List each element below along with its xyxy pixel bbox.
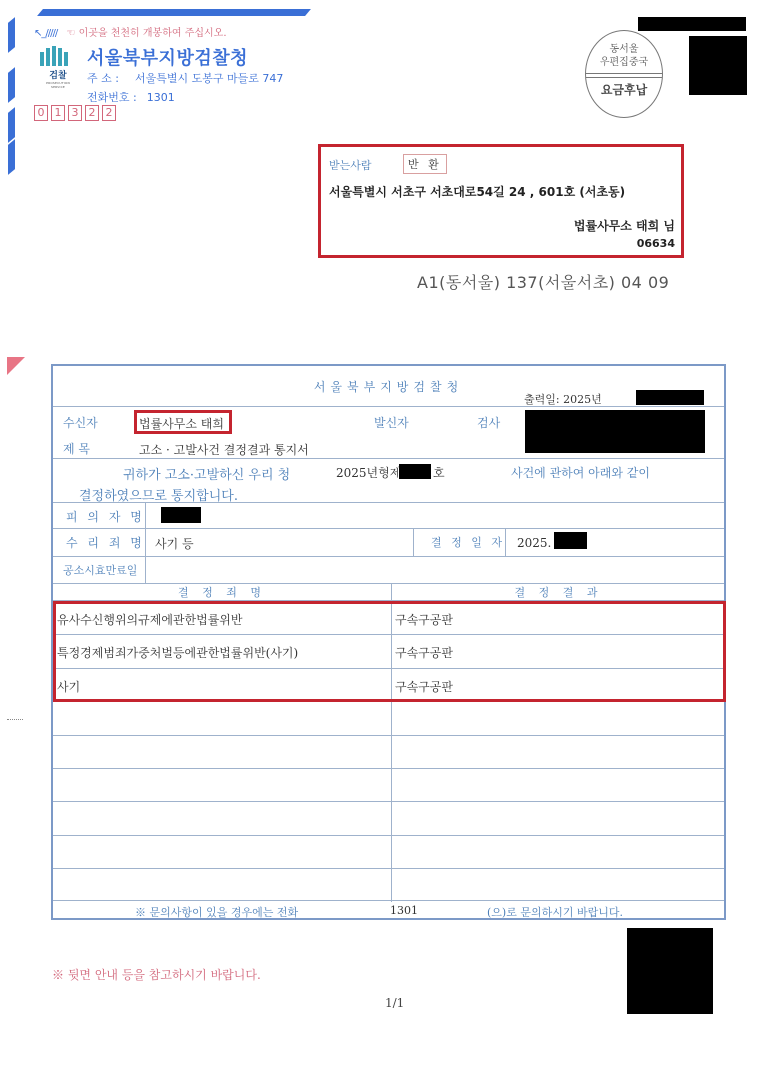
decision-notice-form: 서울북부지방검찰청 출력일: 2025년 수신자 법률사무소 태희 발신자 검사… [51, 364, 726, 920]
recipient-name: 법률사무소 태희 님 [574, 217, 675, 234]
print-date: 출력일: 2025년 [524, 391, 602, 407]
airmail-stripe [8, 139, 15, 175]
recipient-address: 서울특별시 서초구 서초대로54길 24 , 601호 (서초동) [329, 183, 625, 200]
recipient-box: 받는사람 반 환 서울특별시 서초구 서초대로54길 24 , 601호 (서초… [318, 144, 684, 258]
tear-arrow-icon: ↖_///// [34, 28, 57, 39]
sender-org: 서울북부지방검찰청 [87, 44, 248, 70]
fold-mark [7, 719, 23, 720]
open-hint: ↖_///// ☜ 이곳을 천천히 개봉하여 주십시오. [34, 24, 227, 39]
routing-code: A1(동서울) 137(서울서초) 04 09 [417, 270, 669, 293]
redaction [636, 390, 704, 405]
redaction [627, 928, 713, 1014]
page-number: 1/1 [385, 996, 404, 1010]
airmail-stripe [8, 17, 15, 53]
redaction [554, 532, 587, 549]
sender-address: 주 소 :서울특별시 도봉구 마들로 747 [87, 70, 283, 86]
airmail-stripe [8, 107, 15, 143]
decision-date: 2025. [517, 536, 551, 550]
recipient-value: 법률사무소 태희 [139, 415, 224, 432]
prosecution-logo: 검찰 PROSECUTION SERVICE [40, 46, 76, 89]
highlight-decisions [53, 601, 726, 702]
subject-value: 고소 · 고발사건 결정결과 통지서 [139, 441, 309, 458]
col-result-header: 결 정 결 과 [391, 584, 726, 600]
sender-phone: 전화번호 :1301 [87, 89, 175, 105]
redaction [689, 36, 747, 95]
recipient-postal-code: 06634 [637, 237, 675, 250]
redaction [399, 464, 431, 479]
redaction [161, 507, 201, 523]
postmark-stamp: 동서울우편집중국 요금후납 [585, 30, 663, 118]
footer-note: ※ 뒷면 안내 등을 참고하시기 바랍니다. [52, 966, 261, 983]
sender-postal-code: 0 1 3 2 2 [34, 105, 116, 121]
return-badge: 반 환 [403, 154, 447, 174]
airmail-stripe [8, 67, 15, 103]
form-title: 서울북부지방검찰청 [53, 378, 724, 395]
col-charge-header: 결 정 죄 명 [53, 584, 391, 600]
corner-mark [7, 357, 25, 375]
building-icon [40, 46, 76, 66]
airmail-stripe [265, 9, 311, 16]
redaction [525, 410, 705, 453]
charge-value: 사기 등 [155, 535, 194, 552]
inquiry-phone: 1301 [390, 904, 418, 917]
redaction [638, 17, 746, 31]
